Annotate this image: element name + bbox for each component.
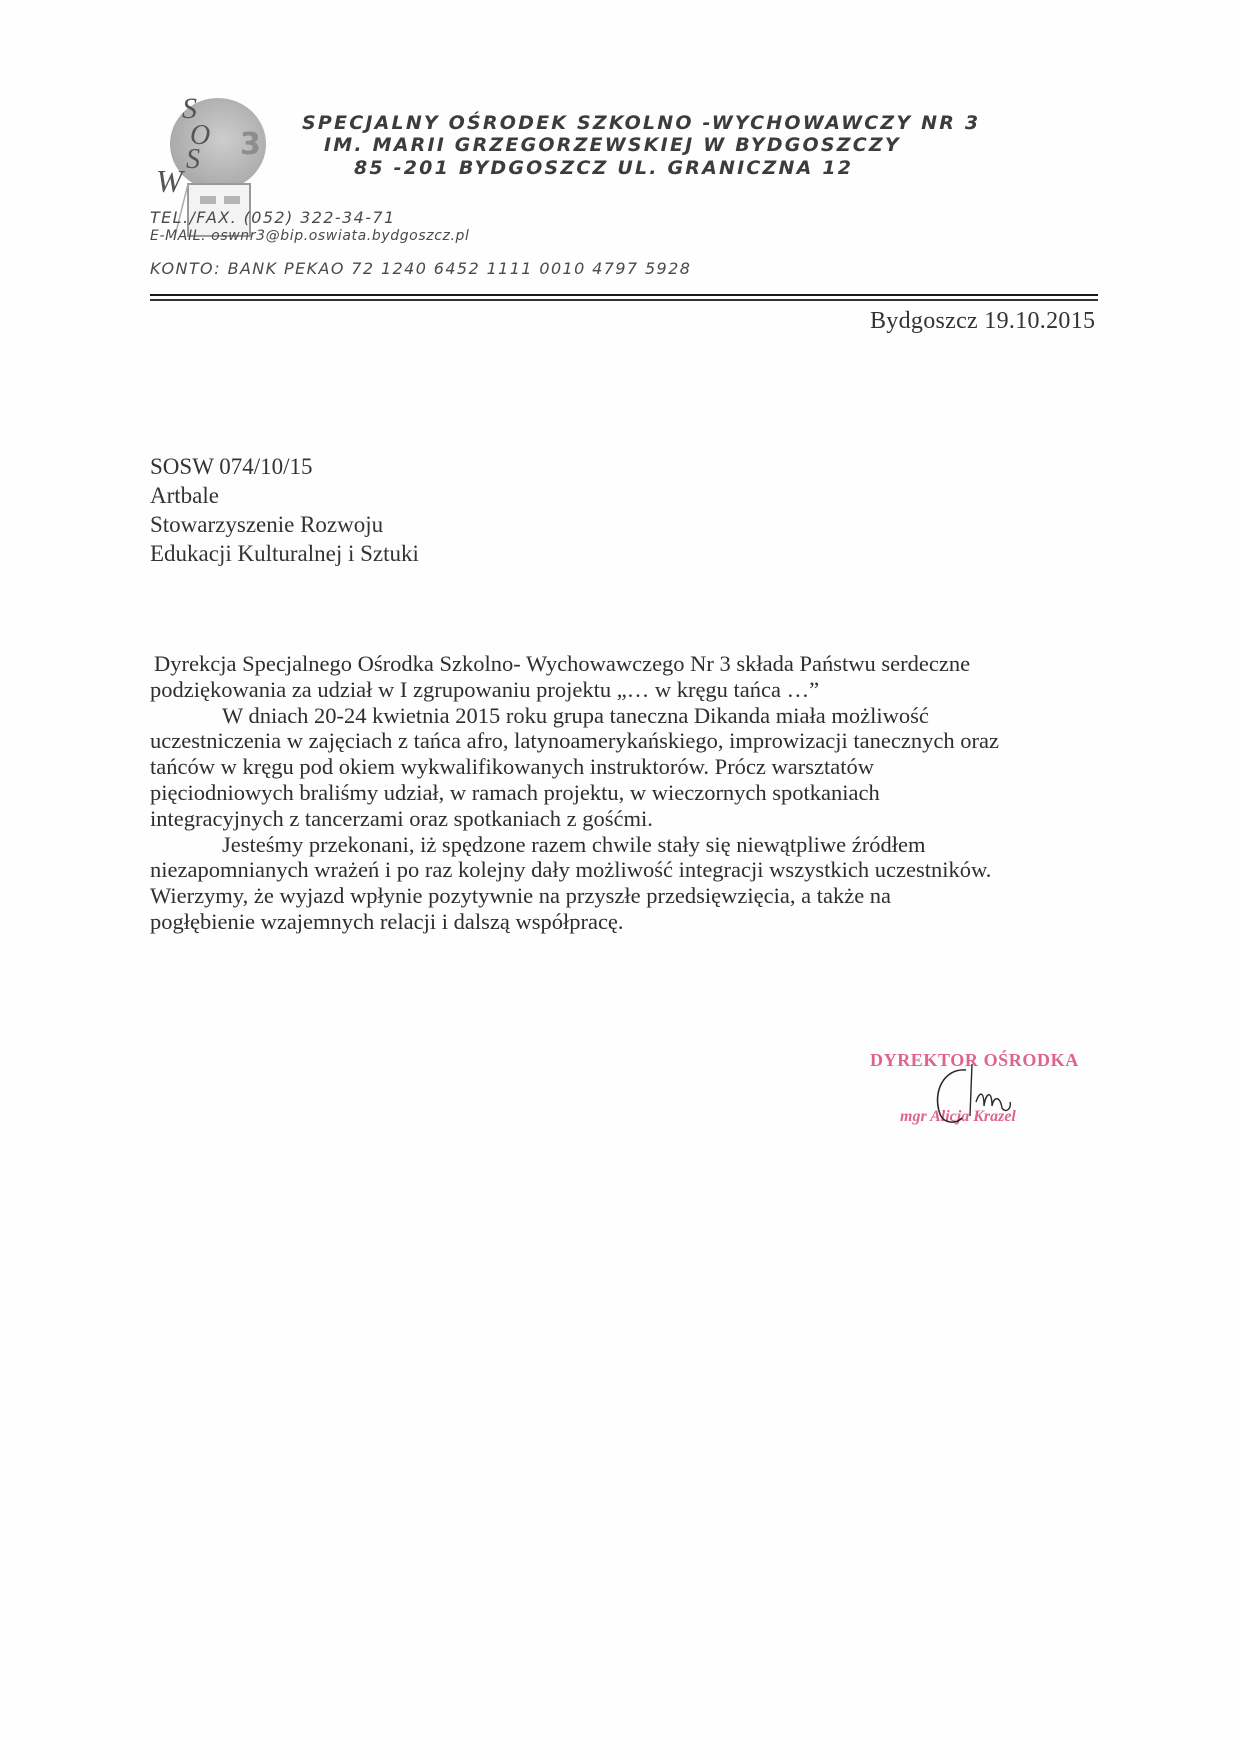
institution-address: 85 -201 BYDGOSZCZ UL. GRANICZNA 12 (354, 157, 853, 179)
director-stamp: DYREKTOR OŚRODKA mgr Alicja Krazel (866, 1050, 1106, 1140)
body-line: W dniach 20-24 kwietnia 2015 roku grupa … (150, 703, 1110, 729)
body-line: Wierzymy, że wyjazd wpłynie pozytywnie n… (150, 883, 1110, 909)
body-line: tańców w kręgu pod okiem wykwalifikowany… (150, 754, 1110, 780)
reference-number: SOSW 074/10/15 (150, 452, 419, 481)
handwritten-signature-icon (926, 1062, 1046, 1132)
institution-name: SPECJALNY OŚRODEK SZKOLNO -WYCHOWAWCZY N… (302, 112, 980, 134)
date-line: Bydgoszcz 19.10.2015 (870, 308, 1095, 335)
body-line: Dyrekcja Specjalnego Ośrodka Szkolno- Wy… (150, 651, 1110, 677)
body-line: uczestniczenia w zajęciach z tańca afro,… (150, 728, 1110, 754)
recipient-line: Stowarzyszenie Rozwoju (150, 510, 419, 539)
contact-email: E-MAIL. oswnr3@bip.oswiata.bydgoszcz.pl (150, 228, 469, 244)
bank-account: KONTO: BANK PEKAO 72 1240 6452 1111 0010… (150, 259, 691, 278)
svg-text:3: 3 (240, 127, 261, 162)
body-line: niezapomnianych wrażeń i po raz kolejny … (150, 857, 1110, 883)
institution-patron: IM. MARII GRZEGORZEWSKIEJ W BYDGOSZCZY (324, 134, 901, 156)
svg-text:S: S (186, 144, 200, 175)
svg-text:W: W (156, 163, 186, 199)
letterhead-divider-secondary (150, 299, 1098, 301)
letterhead-divider (150, 294, 1098, 296)
letter-body: Dyrekcja Specjalnego Ośrodka Szkolno- Wy… (150, 651, 1110, 935)
body-line: Jesteśmy przekonani, iż spędzone razem c… (150, 832, 1110, 858)
contact-phone: TEL./FAX. (052) 322-34-71 (150, 208, 396, 227)
body-line: podziękowania za udział w I zgrupowaniu … (150, 677, 1110, 703)
letter-page: S O S W 3 SPECJALNY OŚRODEK SZKOLNO -WYC… (0, 0, 1240, 1754)
recipient-block: SOSW 074/10/15 Artbale Stowarzyszenie Ro… (150, 452, 419, 568)
body-line: pogłębienie wzajemnych relacji i dalszą … (150, 909, 1110, 935)
body-line: pięciodniowych braliśmy udział, w ramach… (150, 780, 1110, 806)
recipient-line: Artbale (150, 481, 419, 510)
recipient-line: Edukacji Kulturalnej i Sztuki (150, 539, 419, 568)
body-line: integracyjnych z tancerzami oraz spotkan… (150, 806, 1110, 832)
